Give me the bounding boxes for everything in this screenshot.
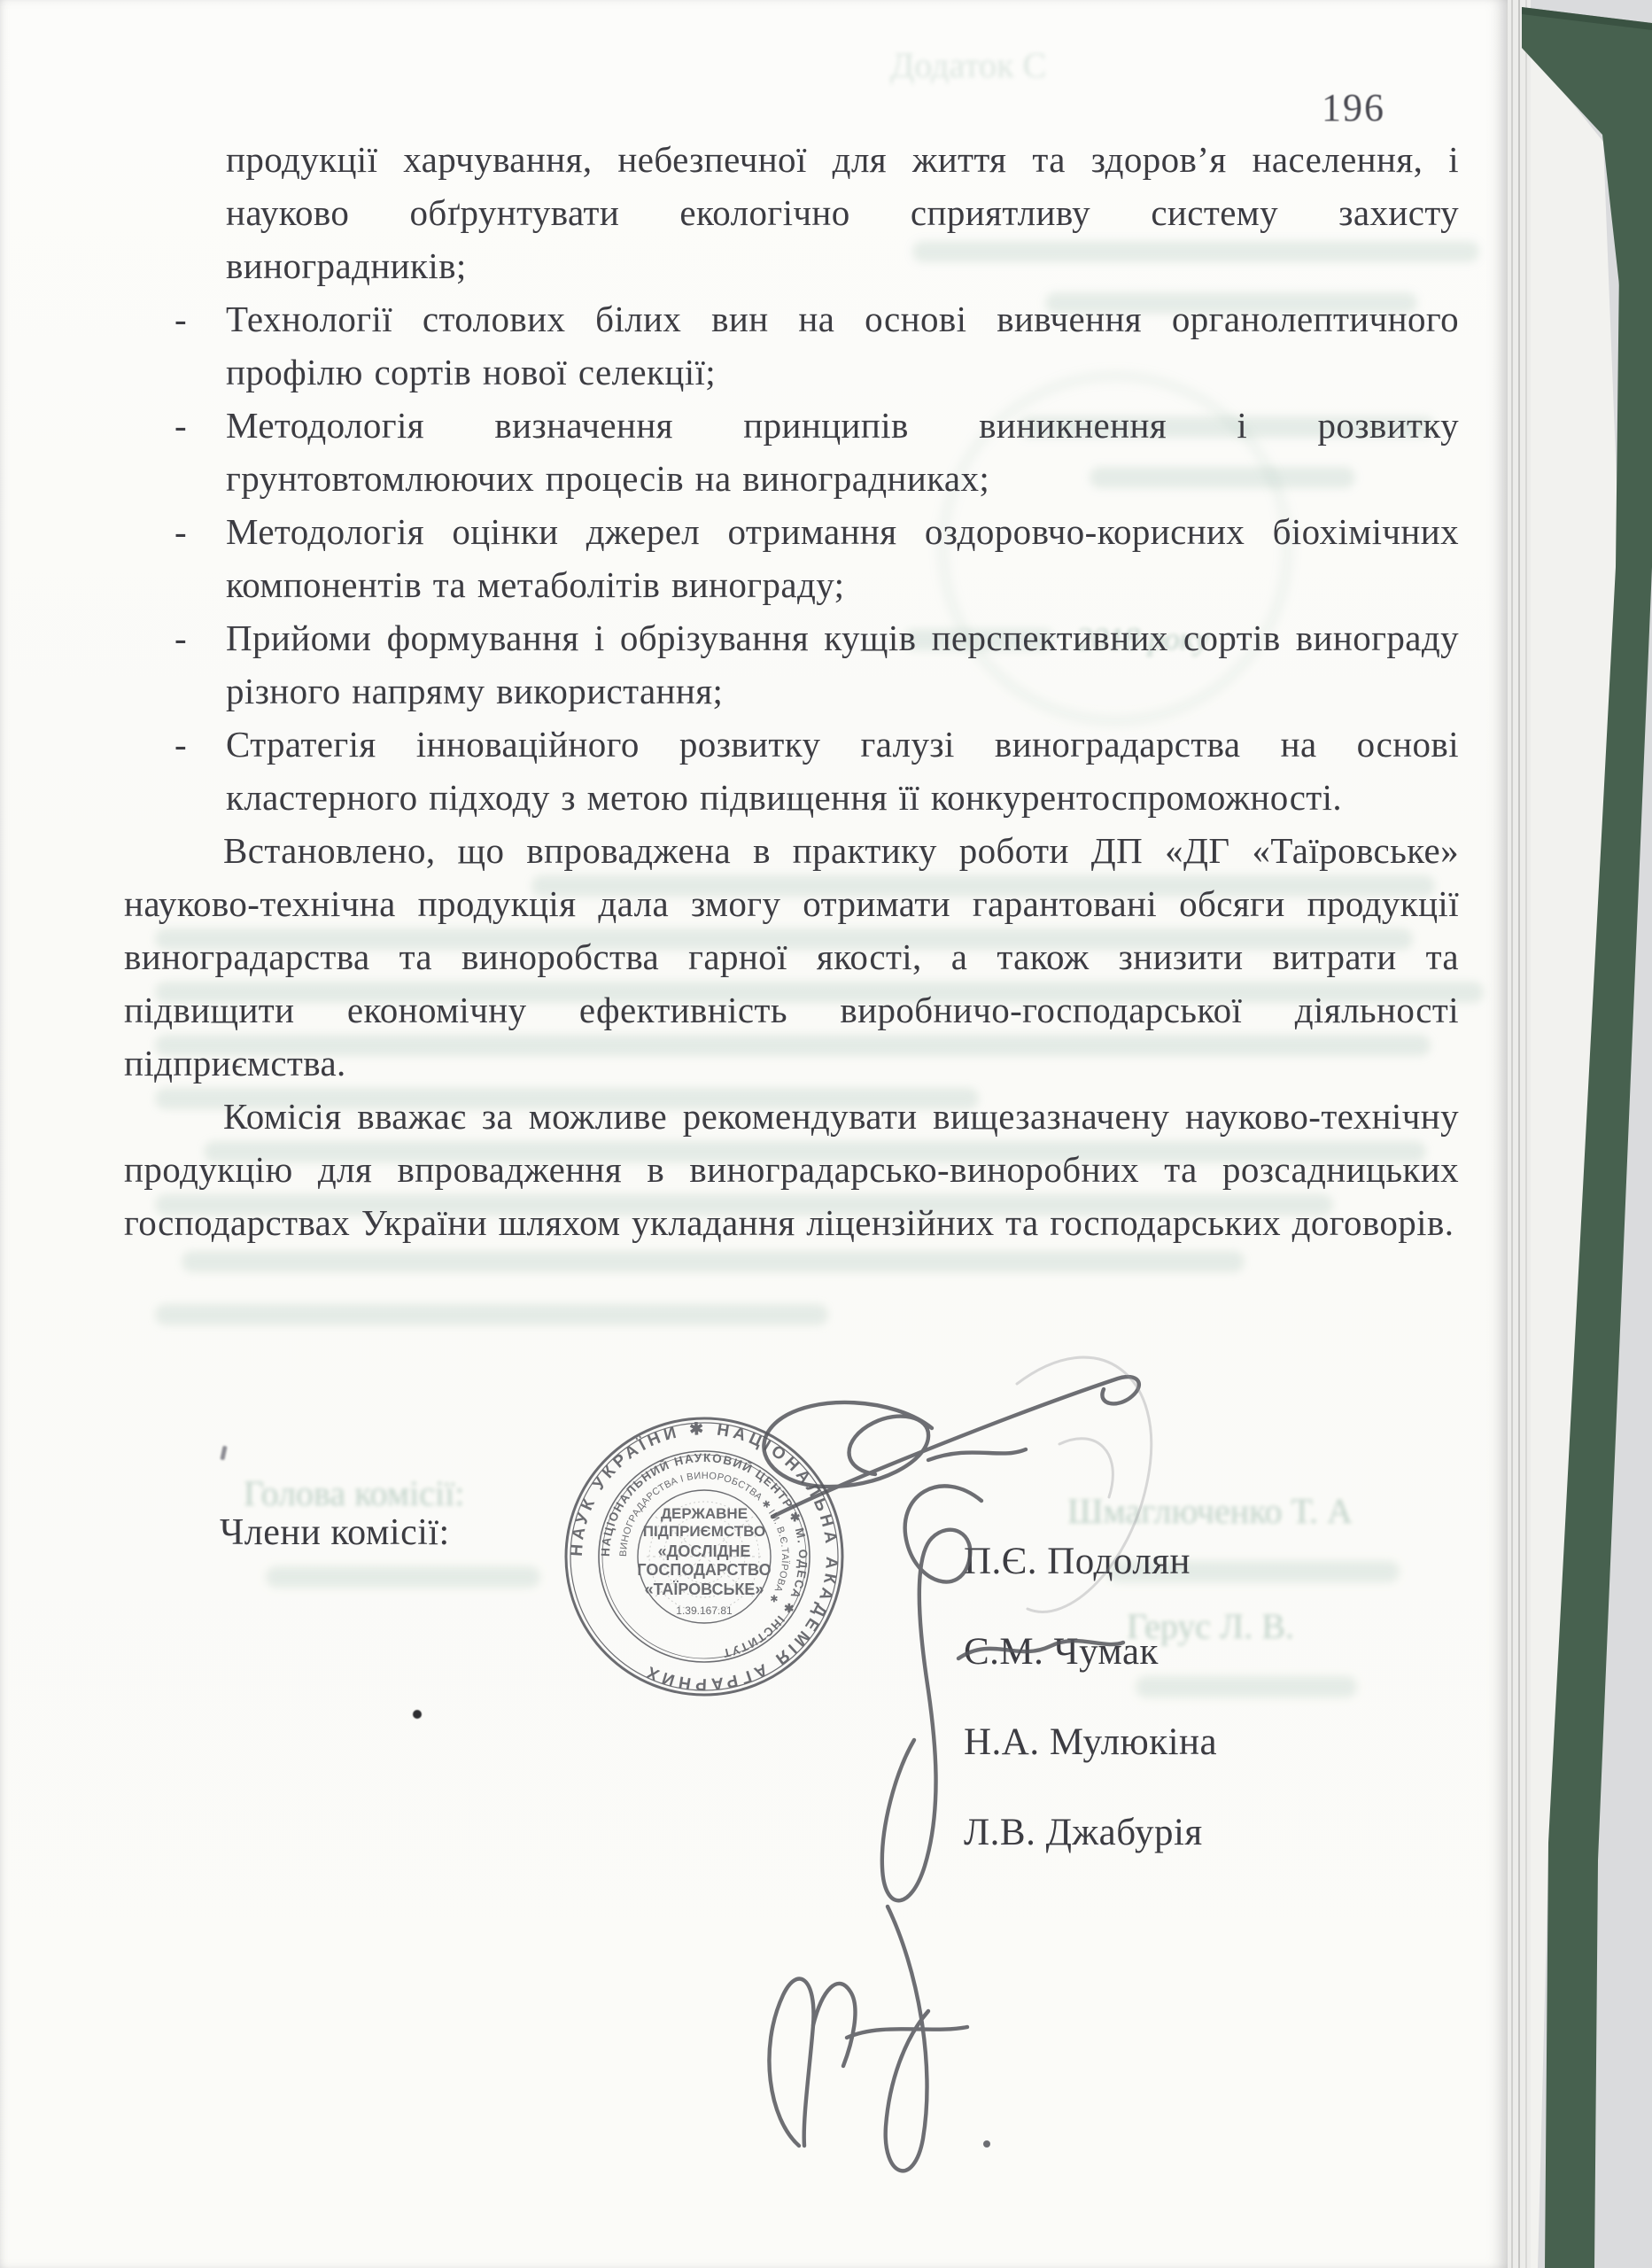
signature-dot (983, 2140, 990, 2148)
ink-speck (413, 1710, 422, 1719)
signature-stroke (882, 1486, 981, 1900)
signature-ink (0, 0, 1652, 2268)
signature-stroke (958, 1641, 1123, 1658)
signature-stroke (886, 1907, 928, 2171)
signature-stroke (769, 1979, 813, 2146)
signature-stroke (772, 1377, 1139, 1517)
signature-stroke (764, 1402, 932, 1487)
signature-stroke (813, 1984, 855, 2066)
scanned-document-page: { "page": { "number": "196", "body": { "… (0, 0, 1652, 2268)
signature-stroke (928, 1449, 1026, 1460)
pencil-arc (1059, 1439, 1113, 1497)
signature-stroke (847, 2027, 967, 2038)
